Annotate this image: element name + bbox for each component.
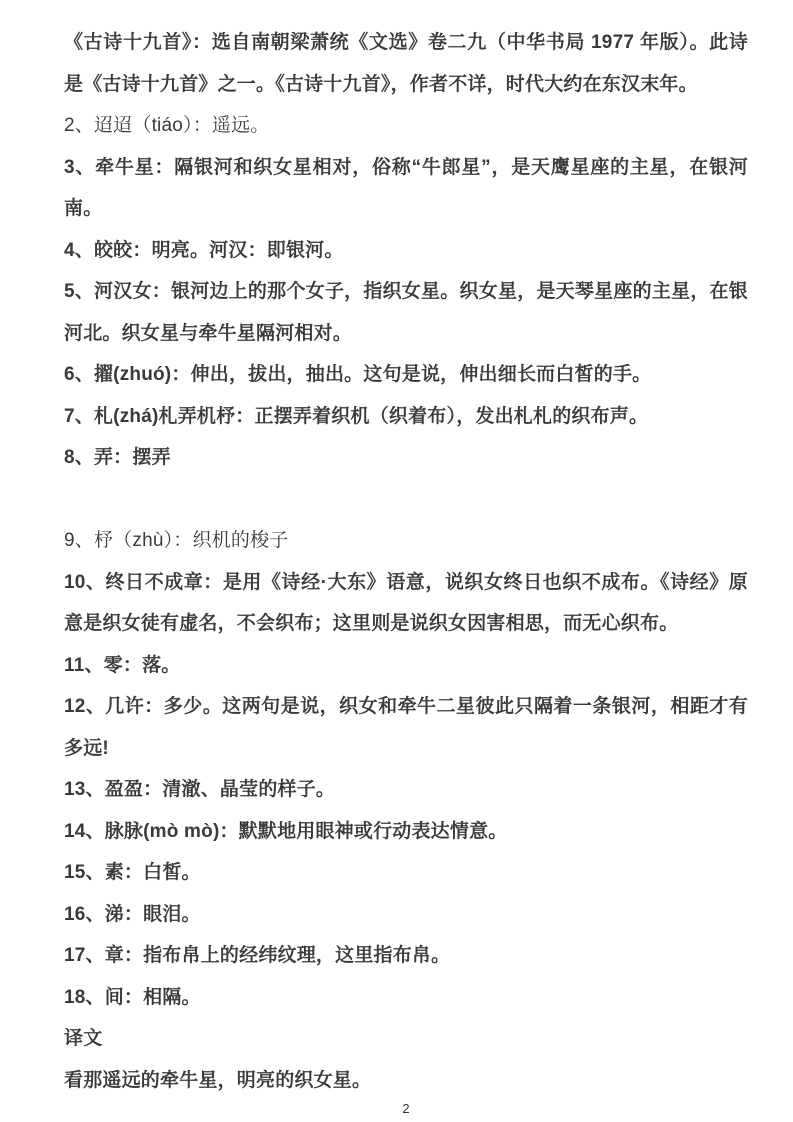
note-7: 7、札(zhá)札弄机杼：正摆弄着织机（织着布），发出札札的织布声。	[64, 396, 748, 438]
note-10: 10、终日不成章：是用《诗经·大东》语意，说织女终日也织不成布。《诗经》原意是织…	[64, 562, 748, 645]
page-number: 2	[402, 1101, 409, 1116]
note-4: 4、皎皎：明亮。河汉：即银河。	[64, 230, 748, 272]
note-3: 3、牵牛星：隔银河和织女星相对，俗称“牛郎星”，是天鹰星座的主星，在银河南。	[64, 147, 748, 230]
note-16: 16、涕：眼泪。	[64, 894, 748, 936]
note-2: 2、迢迢（tiáo）：遥远。	[64, 105, 748, 147]
intro-paragraph: 《古诗十九首》：选自南朝梁萧统《文选》卷二九（中华书局 1977 年版）。此诗是…	[64, 22, 748, 105]
note-15: 15、素：白皙。	[64, 852, 748, 894]
page-footer: 2	[64, 1100, 748, 1118]
translation-line-1: 看那遥远的牵牛星，明亮的织女星。	[64, 1060, 748, 1102]
translation-heading: 译文	[64, 1018, 748, 1060]
note-6: 6、擢(zhuó)：伸出，拔出，抽出。这句是说，伸出细长而白皙的手。	[64, 354, 748, 396]
document-page: 《古诗十九首》：选自南朝梁萧统《文选》卷二九（中华书局 1977 年版）。此诗是…	[0, 0, 793, 1122]
note-11: 11、零：落。	[64, 645, 748, 687]
note-17: 17、章：指布帛上的经纬纹理，这里指布帛。	[64, 935, 748, 977]
note-12: 12、几许：多少。这两句是说，织女和牵牛二星彼此只隔着一条银河，相距才有多远!	[64, 686, 748, 769]
note-14: 14、脉脉(mò mò)：默默地用眼神或行动表达情意。	[64, 811, 748, 853]
note-18: 18、间：相隔。	[64, 977, 748, 1019]
note-13: 13、盈盈：清澈、晶莹的样子。	[64, 769, 748, 811]
note-8: 8、弄：摆弄	[64, 437, 748, 479]
note-5: 5、河汉女：银河边上的那个女子，指织女星。织女星，是天琴星座的主星，在银河北。织…	[64, 271, 748, 354]
note-9: 9、杼（zhù）：织机的梭子	[64, 520, 748, 562]
blank-line	[64, 479, 748, 521]
